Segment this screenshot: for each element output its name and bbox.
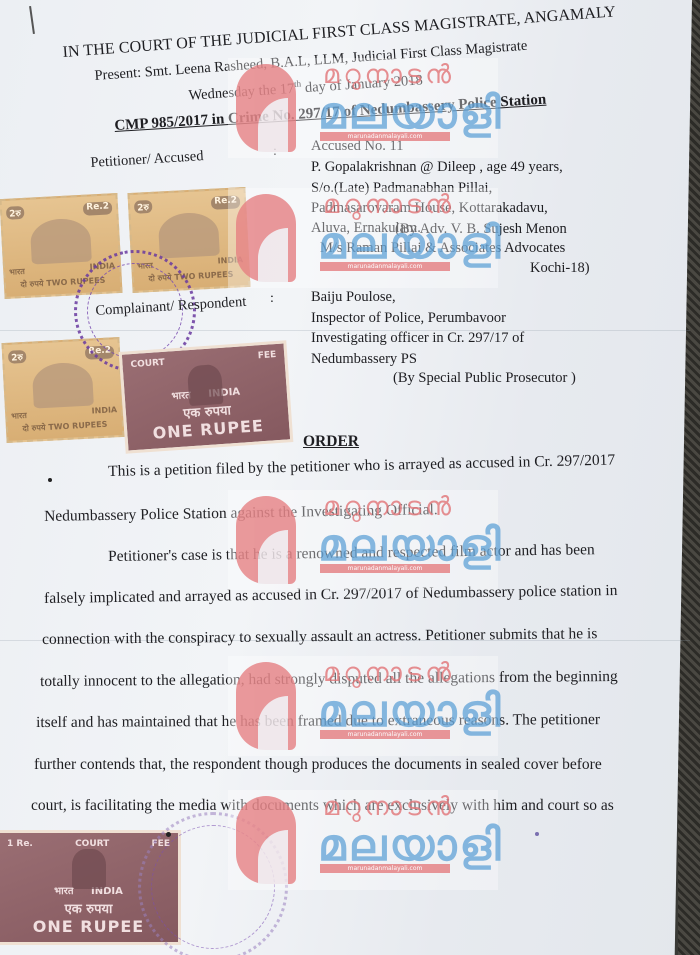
emblem-icon xyxy=(30,217,92,264)
court-fee-stamp-one-rupee: COURTFEE भारत INDIA एक रुपया ONE RUPEE xyxy=(119,340,294,453)
order-paragraph-line: itself and has maintained that he has be… xyxy=(36,711,600,732)
petitioner-line: M/s Raman Pillai & Associates Advocates xyxy=(320,240,565,257)
emblem-icon xyxy=(32,361,94,408)
petitioner-line: Padmasarovaram House, Kottarakadavu, xyxy=(311,200,548,217)
ink-dot xyxy=(48,478,52,482)
respondent-line: (By Special Public Prosecutor ) xyxy=(393,370,576,387)
respondent-line: Investigating officer in Cr. 297/17 of xyxy=(311,330,524,347)
petitioner-line: P. Gopalakrishnan @ Dileep , age 49 year… xyxy=(311,159,563,176)
petitioner-line: Accused No. 11 xyxy=(311,138,403,155)
separator: : xyxy=(270,291,274,307)
petitioner-line: S/o.(Late) Padmanabhan Pillai, xyxy=(311,180,492,197)
order-paragraph-line: court, is facilitating the media with do… xyxy=(31,797,614,815)
ink-dot xyxy=(535,832,539,836)
emblem-icon xyxy=(187,364,224,406)
respondent-line: Nedumbassery PS xyxy=(311,351,417,368)
emblem-icon xyxy=(158,211,220,258)
petitioner-line: (By Adv. V. B. Sujesh Menon xyxy=(395,221,567,238)
order-paragraph-line: further contends that, the respondent th… xyxy=(34,756,602,774)
respondent-line: Inspector of Police, Perumbavoor xyxy=(311,310,506,327)
court-seal xyxy=(138,812,288,955)
order-heading: ORDER xyxy=(303,433,359,451)
separator: : xyxy=(273,144,277,160)
respondent-line: Baiju Poulose, xyxy=(311,289,396,306)
ink-dot xyxy=(166,832,171,837)
petitioner-line: Kochi-18) xyxy=(530,260,590,277)
emblem-icon xyxy=(72,849,106,889)
